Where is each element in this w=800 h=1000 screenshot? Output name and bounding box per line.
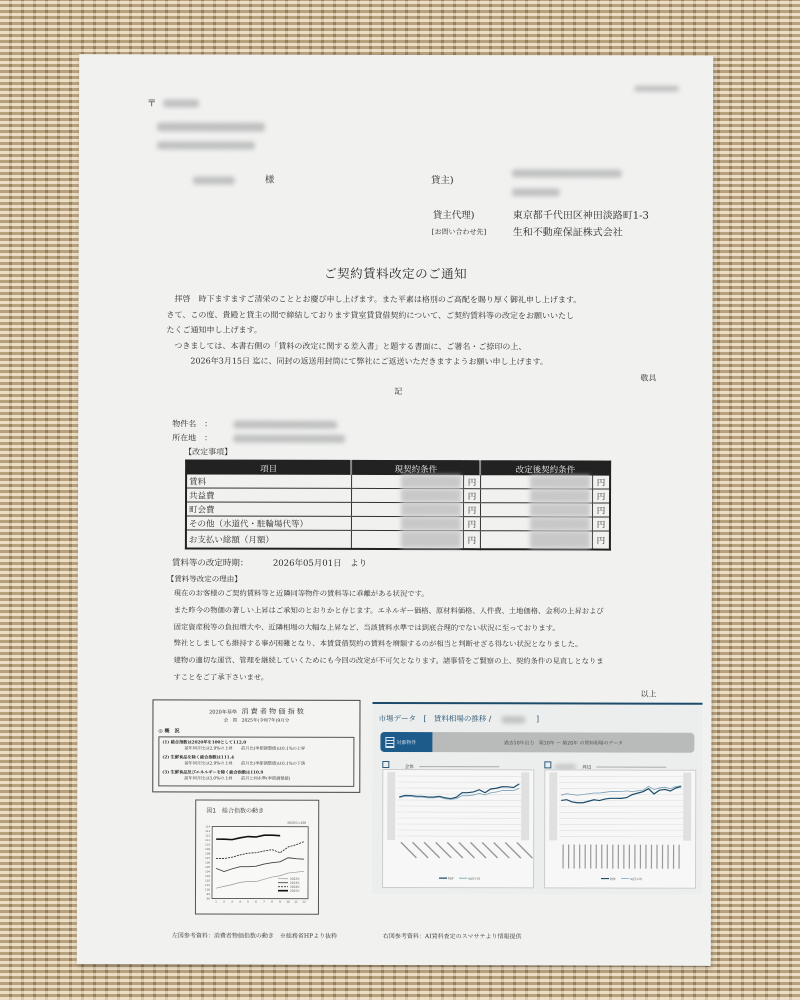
column-header-item: 項目 <box>186 460 351 474</box>
svg-text:107: 107 <box>205 856 210 860</box>
yen-unit: 円 <box>463 531 480 550</box>
cpi-chart-figure: 図1 総合指数の動き2020年=100989910010110210310410… <box>195 799 319 914</box>
yen-unit: 円 <box>592 517 610 531</box>
table-row: 共益費円円 <box>186 488 610 503</box>
market-title-text: 市場データ [ 賃料相場の推移 / <box>378 714 491 723</box>
property-name-label: 物件名 ： <box>172 420 212 428</box>
revised-amount-cell <box>480 517 592 531</box>
edit-icon <box>544 761 551 768</box>
market-data-panel: 市場データ [ 賃料相場の推移 / ] 対象物件 過去10年出力 築10年 ～ … <box>372 702 703 895</box>
target-property-label: 対象物件 <box>396 739 416 746</box>
cpi-line-chart: 図1 総合指数の動き2020年=100989910010110210310410… <box>196 800 318 913</box>
target-property-tab: 対象物件 <box>380 732 432 752</box>
redacted-location <box>233 435 345 443</box>
market-filter-bar: 対象物件 過去10年出力 築10年 ～ 築20年 の賃料相場のデータ <box>380 732 694 753</box>
table-row: お支払い総額（月額）円円 <box>186 530 610 550</box>
redacted-recipient-address <box>157 122 265 131</box>
row-item-label: 共益費 <box>186 488 351 502</box>
svg-text:10: 10 <box>286 900 290 904</box>
ki-mark: 記 <box>394 388 402 396</box>
market-area-line-chart: 物件周辺平均 <box>545 770 695 887</box>
svg-text:1: 1 <box>215 900 217 904</box>
greeting-line: 2026年3月15日 迄に、同封の返送用封筒にて弊社にご返送いただきますようお願… <box>166 352 581 371</box>
reason-body: 現在のお客様のご契約賃料等と近隣同等物件の賃料等に乖離がある状況です。 また昨今… <box>174 585 604 687</box>
revision-table: 項目 現契約条件 改定後契約条件 賃料円円共益費円円町会費円円その他（水道代・駐… <box>185 459 611 550</box>
right-figure-source: 右図参考資料：AI賃料査定のスマサテより情報提供 <box>383 931 522 940</box>
redacted-amount <box>401 475 461 488</box>
notice-letter-page: 〒 様 貸主) 貸主代理) 東京都千代田区神田淡路町1-3 [お問い合わせ先] … <box>77 54 713 966</box>
reason-line: 弊社としましても維持する事が困難となり、本賃貸借契約の賃料を増額するのが相当と判… <box>174 636 604 654</box>
reason-line: また昨今の物価の著しい上昇はご承知のとおりかと存じます。エネルギー価格、原材料価… <box>174 602 604 620</box>
building-icon <box>385 737 394 748</box>
svg-text:105: 105 <box>205 865 210 869</box>
redacted-amount <box>401 531 461 548</box>
cpi-title: 2020年基準 消 費 者 物 価 指 数 <box>153 706 359 717</box>
row-item-label: その他（水道代・駐輪場代等） <box>186 516 351 530</box>
market-title: 市場データ [ 賃料相場の推移 / ] <box>378 713 539 724</box>
svg-text:111: 111 <box>205 838 210 842</box>
svg-text:周辺平均: 周辺平均 <box>630 876 642 881</box>
svg-text:109: 109 <box>205 847 210 851</box>
redacted-area-name <box>502 716 526 723</box>
svg-text:4: 4 <box>239 900 241 904</box>
svg-text:5: 5 <box>247 900 249 904</box>
redacted-recipient-name <box>193 176 235 184</box>
market-overall-line-chart: 物件周辺平均 <box>383 770 533 887</box>
svg-text:物件: 物件 <box>448 876 454 881</box>
redacted-amount <box>530 475 590 488</box>
svg-text:11: 11 <box>294 900 298 904</box>
current-amount-cell <box>351 488 464 502</box>
yen-unit: 円 <box>463 517 480 531</box>
cpi-subtitle: 全 国 2025年(令和7年)9月分 <box>153 717 359 724</box>
row-item-label: 賃料 <box>186 474 351 488</box>
agent-label: 貸主代理) <box>433 211 475 221</box>
agent-address: 東京都千代田区神田淡路町1-3 <box>513 211 649 221</box>
edit-icon <box>382 761 389 768</box>
current-amount-cell <box>351 516 464 530</box>
cpi-item-line: 前年同月比は2.9%の上昇 前月比(季節調整値)は0.1%の下落 <box>162 760 305 766</box>
yen-unit: 円 <box>463 503 480 517</box>
yen-unit: 円 <box>593 489 611 503</box>
redacted-amount <box>401 503 461 516</box>
row-item-label: お支払い総額（月額） <box>186 530 351 549</box>
table-row: その他（水道代・駐輪場代等）円円 <box>186 516 610 531</box>
document-title: ご契約賃料改定のご通知 <box>79 263 713 283</box>
cpi-section: ◎ 概 況 <box>158 727 179 734</box>
svg-text:99: 99 <box>207 892 211 896</box>
svg-text:周辺平均: 周辺平均 <box>468 876 480 881</box>
contact-label: [お問い合わせ先] <box>432 229 486 236</box>
reason-line: すことをご了承下さいませ。 <box>174 669 604 687</box>
cpi-title-main: 消 費 者 物 価 指 数 <box>241 708 303 716</box>
yen-unit: 円 <box>592 531 610 550</box>
end-mark: 以上 <box>641 691 657 699</box>
table-header-row: 項目 現契約条件 改定後契約条件 <box>186 460 610 475</box>
svg-text:106: 106 <box>205 861 210 865</box>
current-amount-cell <box>351 475 464 489</box>
yen-unit: 円 <box>464 489 481 503</box>
yen-unit: 円 <box>464 475 481 489</box>
svg-text:物件: 物件 <box>610 876 616 881</box>
svg-text:110: 110 <box>205 843 210 847</box>
table-row: 町会費円円 <box>186 502 610 517</box>
cpi-summary-box: 2020年基準 消 費 者 物 価 指 数 全 国 2025年(令和7年)9月分… <box>152 699 360 793</box>
svg-text:12: 12 <box>302 900 306 904</box>
cpi-item-line: 前年同月比は3.0%の上昇 前月と同水準(季節調整値) <box>162 775 305 781</box>
redacted-landlord-name <box>512 169 622 177</box>
svg-text:104: 104 <box>205 870 210 874</box>
revision-date: 2026年05月01日 より <box>273 560 367 569</box>
svg-text:図1 総合指数の動き: 図1 総合指数の動き <box>206 807 264 815</box>
revised-amount-cell <box>481 489 593 503</box>
svg-text:113: 113 <box>205 829 210 833</box>
svg-text:114: 114 <box>205 825 210 829</box>
reason-line: 建物の適切な運営、管理を継続していくためにも今回の改定が不可欠となります。諸事情… <box>174 653 604 671</box>
cpi-item-line: 前年同月比は2.9%の上昇 前月比(季節調整値)は0.1%の上昇 <box>162 745 305 751</box>
column-header-current: 現契約条件 <box>351 461 481 475</box>
revised-amount-cell <box>480 531 592 550</box>
svg-text:103: 103 <box>205 874 210 878</box>
postal-mark: 〒 <box>147 99 157 109</box>
revision-items-heading: 【改定事項】 <box>184 448 232 456</box>
svg-text:102: 102 <box>205 879 210 883</box>
recipient-honorific: 様 <box>265 176 275 186</box>
reason-line: 固定資産税等の負担増大や、近隣相場の大幅な上昇など、当該賃料水準では到底合理的で… <box>174 619 604 637</box>
reason-heading: 【賃料等改定の理由】 <box>167 575 242 583</box>
svg-text:8: 8 <box>271 900 273 904</box>
svg-text:2020年=100: 2020年=100 <box>287 820 306 825</box>
revised-amount-cell <box>481 475 593 489</box>
redacted-recipient-address-2 <box>157 141 255 149</box>
revision-date-label: 賃料等の改定時期： <box>172 559 249 568</box>
landlord-label: 貸主) <box>431 176 454 186</box>
redacted-amount <box>530 531 590 548</box>
svg-text:7: 7 <box>263 900 265 904</box>
cpi-items-box: (1) 総合指数は2020年を100として112.0 前年同月比は2.9%の上昇… <box>158 736 354 787</box>
market-filter-text: 過去10年出力 築10年 ～ 築20年 の賃料相場のデータ <box>432 739 694 747</box>
svg-text:2: 2 <box>223 900 225 904</box>
current-amount-cell <box>351 502 464 516</box>
svg-text:100: 100 <box>205 888 210 892</box>
svg-text:101: 101 <box>205 883 210 887</box>
column-header-revised: 改定後契約条件 <box>481 461 611 475</box>
left-figure-source: 左図参考資料：消費者物価指数の動き ※総務省HPより抜粋 <box>172 930 337 939</box>
yen-unit: 円 <box>593 476 611 490</box>
svg-text:2025年: 2025年 <box>290 889 300 893</box>
redacted-amount <box>401 517 461 530</box>
agent-company: 生和不動産保証株式会社 <box>513 228 623 238</box>
closing-keigu: 敬具 <box>640 375 656 383</box>
yen-unit: 円 <box>592 503 610 517</box>
current-amount-cell <box>351 530 464 549</box>
svg-text:6: 6 <box>255 900 257 904</box>
market-chart-area: 物件周辺平均 <box>544 769 696 888</box>
svg-text:108: 108 <box>205 852 210 856</box>
redacted-landlord-name-2 <box>512 188 560 196</box>
svg-text:112: 112 <box>205 834 210 838</box>
row-item-label: 町会費 <box>186 502 351 516</box>
reason-line: 現在のお客様のご契約賃料等と近隣同等物件の賃料等に乖離がある状況です。 <box>174 585 604 603</box>
location-label: 所在地 ： <box>172 434 212 442</box>
cpi-title-prefix: 2020年基準 <box>209 710 237 716</box>
svg-text:98: 98 <box>207 897 211 901</box>
redacted-amount <box>401 489 461 502</box>
greeting-body: 拝啓 時下ますますご清栄のこととお慶び申し上げます。また平素は格別のご高配を賜り… <box>166 290 581 371</box>
redacted-amount <box>530 517 590 530</box>
market-title-close: ] <box>536 714 539 723</box>
redacted-property-name <box>233 421 337 429</box>
revised-amount-cell <box>480 503 592 517</box>
market-chart-overall: 物件周辺平均 <box>382 769 534 888</box>
redacted-date <box>634 86 679 92</box>
table-row: 賃料円円 <box>186 474 610 489</box>
svg-text:9: 9 <box>279 900 281 904</box>
redacted-amount <box>530 489 590 502</box>
redacted-postal-code <box>163 99 199 107</box>
redacted-amount <box>530 503 590 516</box>
svg-text:3: 3 <box>231 900 233 904</box>
